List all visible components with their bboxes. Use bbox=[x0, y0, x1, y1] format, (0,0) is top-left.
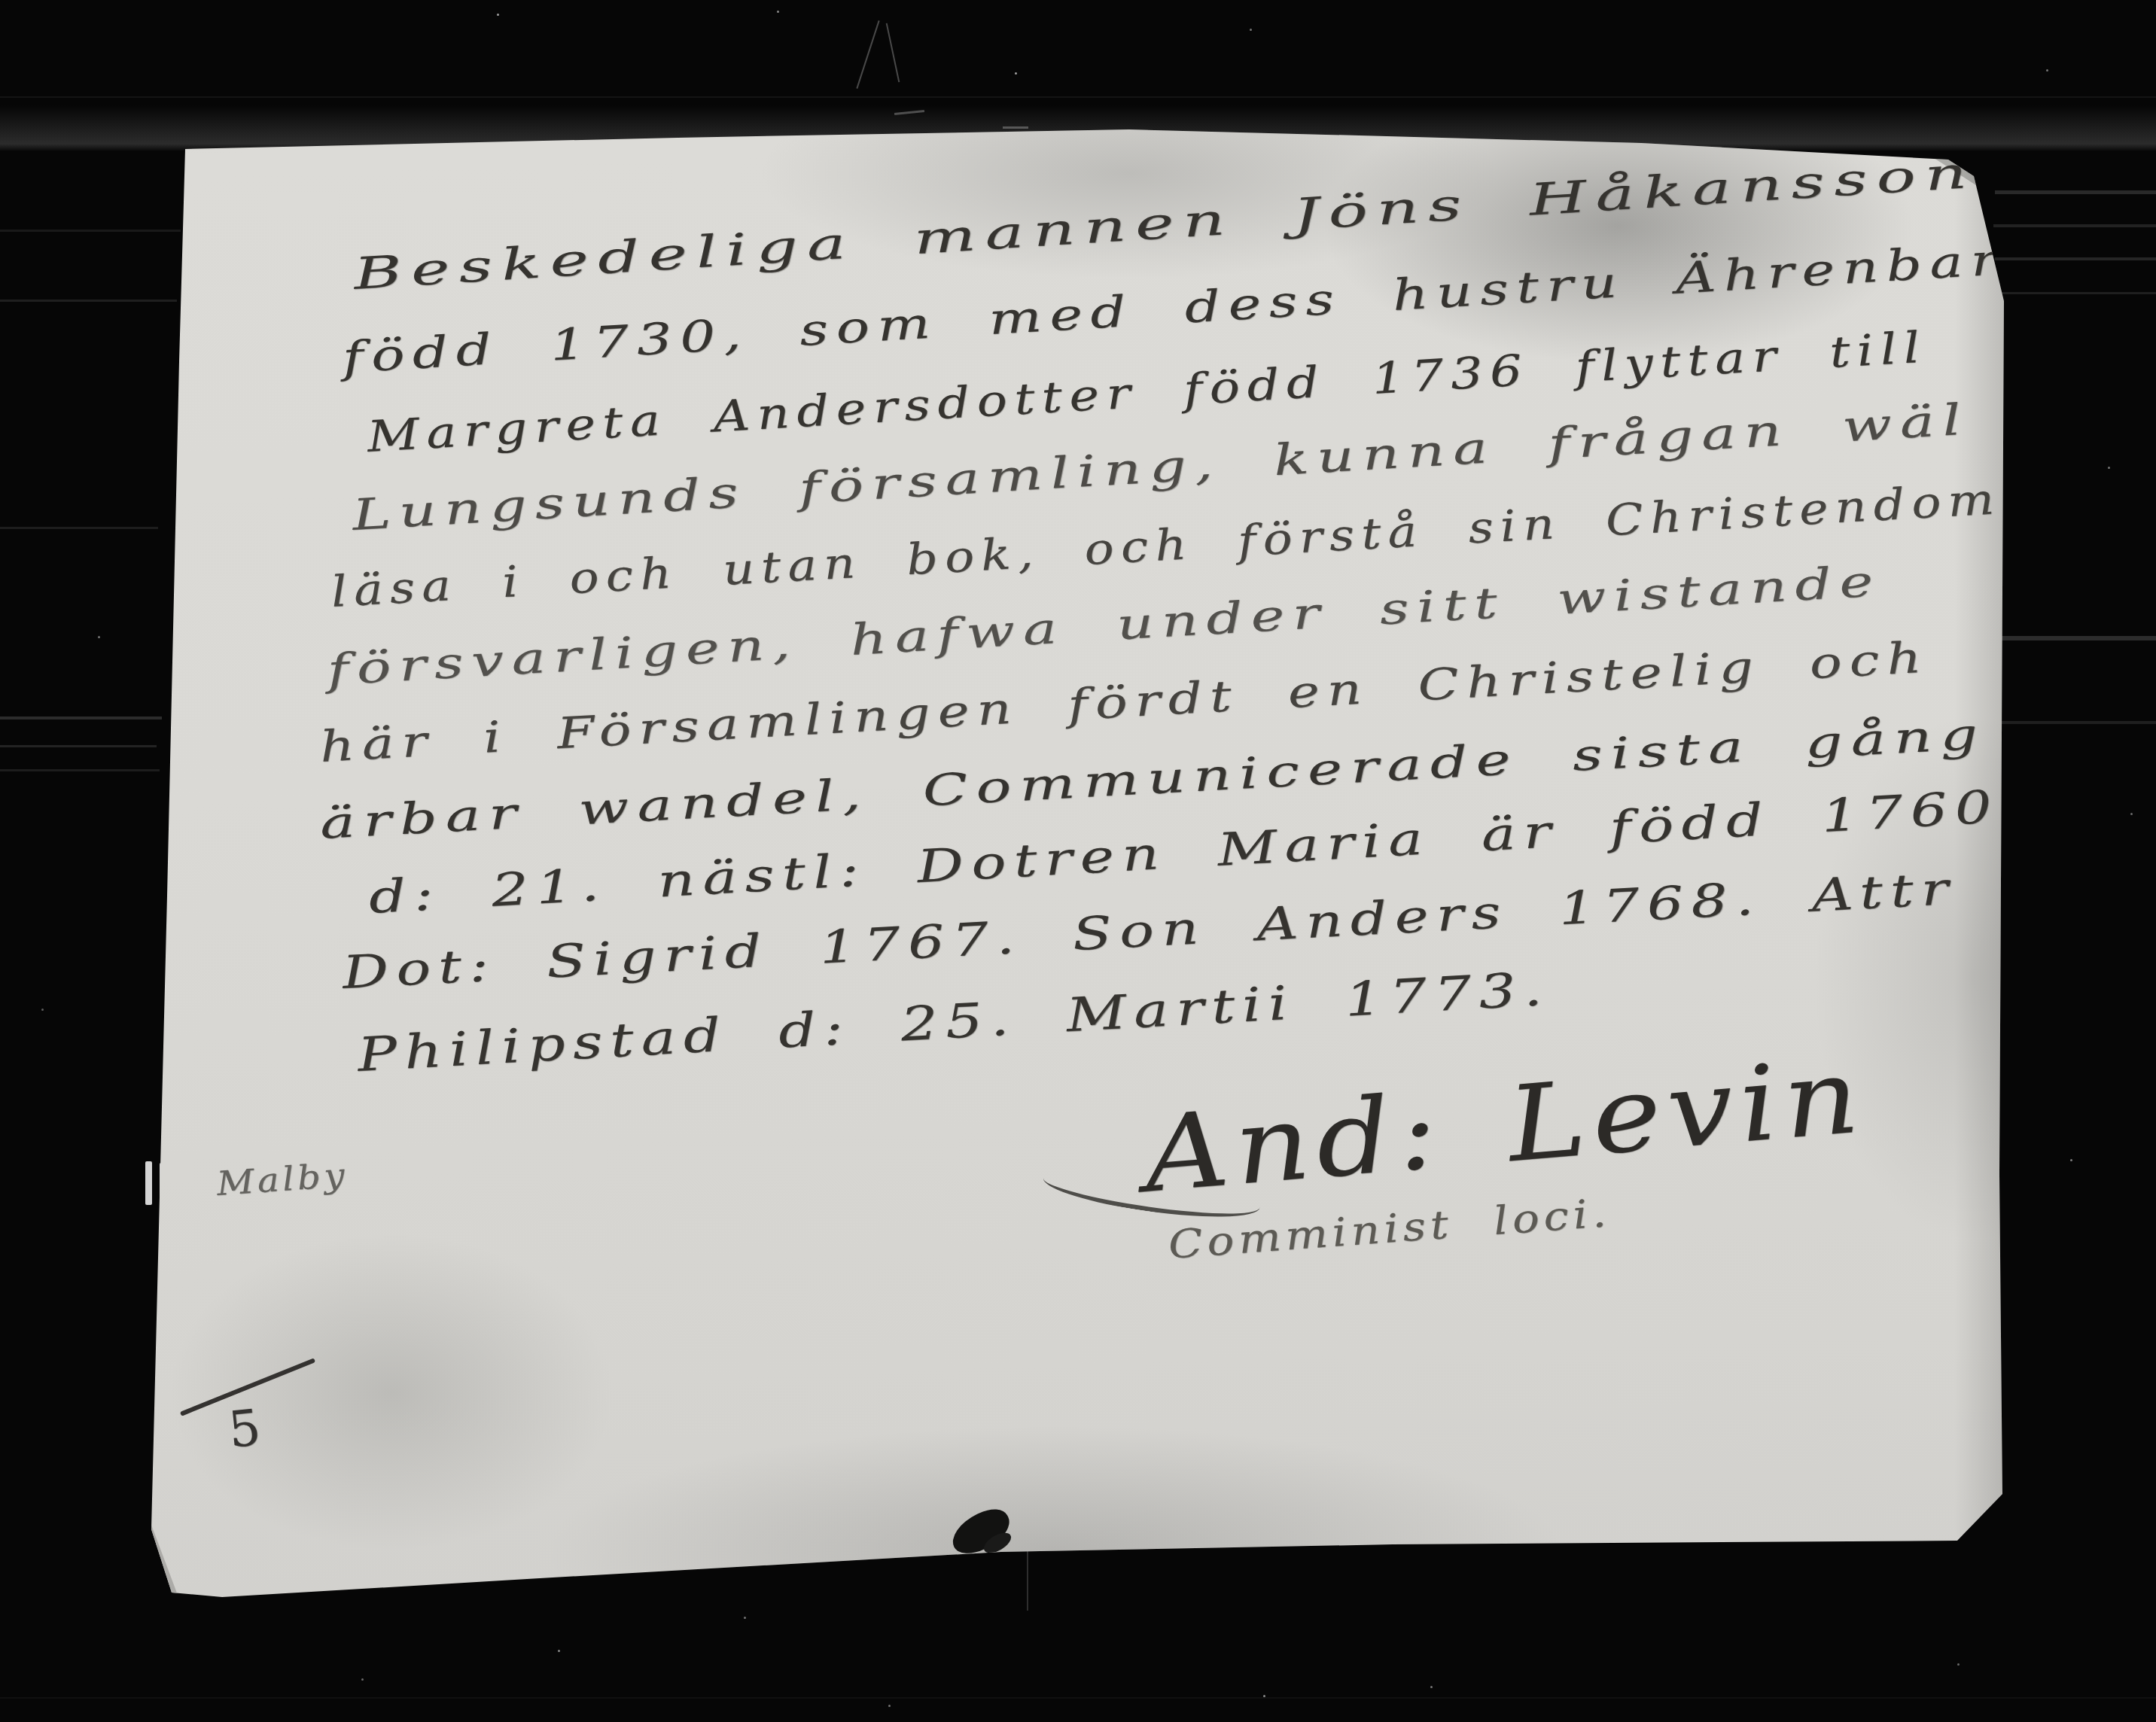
scratch-mark bbox=[1003, 126, 1028, 129]
scan-streak bbox=[0, 1697, 2156, 1699]
margin-note: Malby bbox=[215, 1156, 349, 1203]
scratch-mark bbox=[856, 20, 879, 89]
film-mark bbox=[145, 1161, 152, 1205]
dust-specks bbox=[497, 14, 499, 16]
scan-background: Beskedeliga mannen Jöns Håkansson född 1… bbox=[0, 0, 2156, 1722]
ink-blot bbox=[946, 1502, 1016, 1560]
scan-streak bbox=[0, 769, 160, 771]
scan-streak bbox=[0, 96, 2156, 98]
corner-fold-bottom-left bbox=[151, 1525, 178, 1597]
scan-streak bbox=[1995, 257, 2156, 260]
document-paper: Beskedeliga mannen Jöns Håkansson född 1… bbox=[0, 0, 2156, 1722]
page-number: 5 bbox=[226, 1398, 263, 1459]
scan-streak bbox=[0, 230, 181, 232]
signature: And: Levin bbox=[1139, 1035, 1870, 1216]
scan-streak bbox=[1996, 292, 2156, 294]
scan-streak bbox=[1993, 224, 2156, 227]
scan-streak bbox=[0, 716, 162, 720]
scan-streak bbox=[1987, 721, 2156, 724]
paper-edge-shadow bbox=[1954, 160, 2005, 1537]
scan-streak bbox=[0, 527, 158, 529]
scan-streak bbox=[1995, 190, 2156, 194]
scan-streak bbox=[1987, 636, 2156, 640]
scan-streak bbox=[0, 300, 177, 302]
scan-streak bbox=[0, 745, 157, 747]
scratch-mark bbox=[886, 23, 900, 83]
